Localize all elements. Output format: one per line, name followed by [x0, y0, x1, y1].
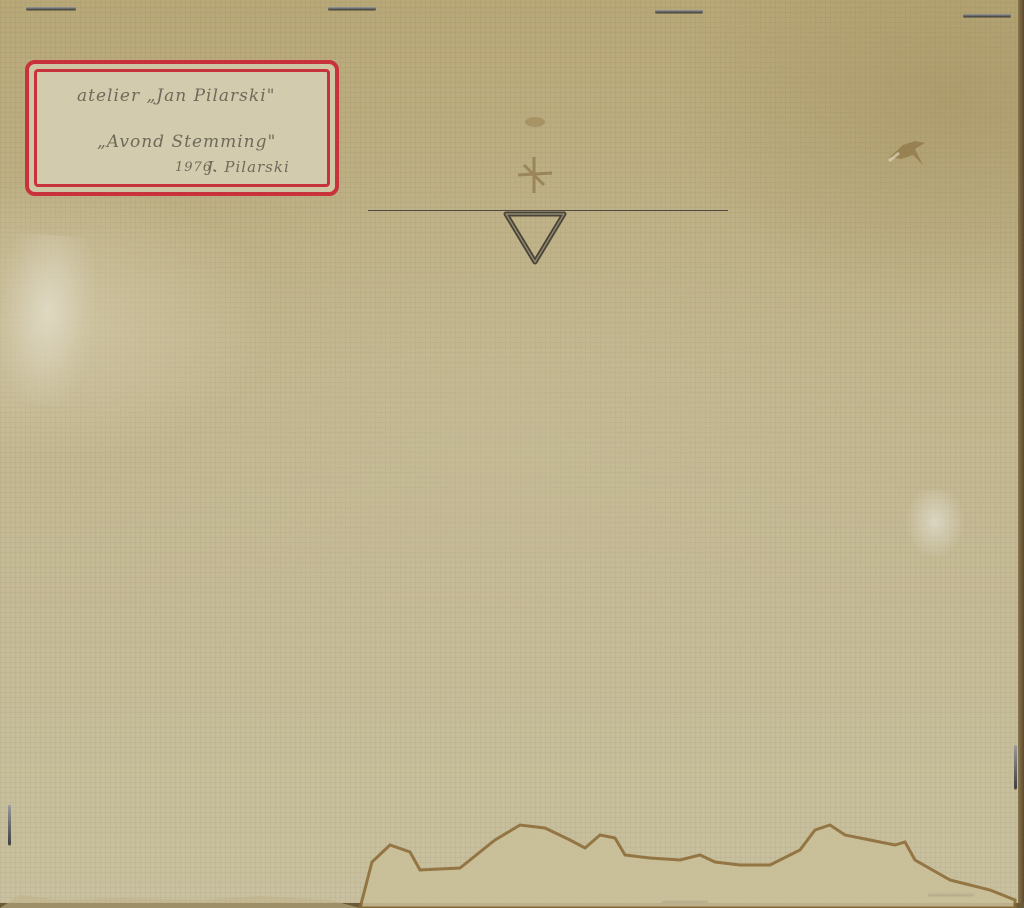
staple — [655, 10, 703, 13]
string-knot — [512, 155, 556, 195]
label-title-text: „Avond Stemming" — [97, 132, 276, 152]
staple — [328, 7, 376, 10]
triangle-hanger-icon — [500, 206, 570, 268]
frame-edge — [1018, 0, 1024, 908]
staple — [963, 14, 1011, 17]
faded-patch — [0, 232, 98, 408]
label-atelier-text: atelier „Jan Pilarski" — [77, 86, 275, 106]
water-stain — [0, 800, 1024, 908]
torn-spot — [885, 135, 935, 175]
small-stain — [520, 112, 550, 132]
label-inner-border: atelier „Jan Pilarski" „Avond Stemming" … — [34, 69, 330, 187]
faded-spot — [905, 490, 965, 560]
staple — [26, 7, 76, 10]
label-signature-text: J. Pilarski — [207, 158, 290, 176]
artist-label: atelier „Jan Pilarski" „Avond Stemming" … — [25, 60, 339, 196]
staple — [1014, 745, 1017, 789]
